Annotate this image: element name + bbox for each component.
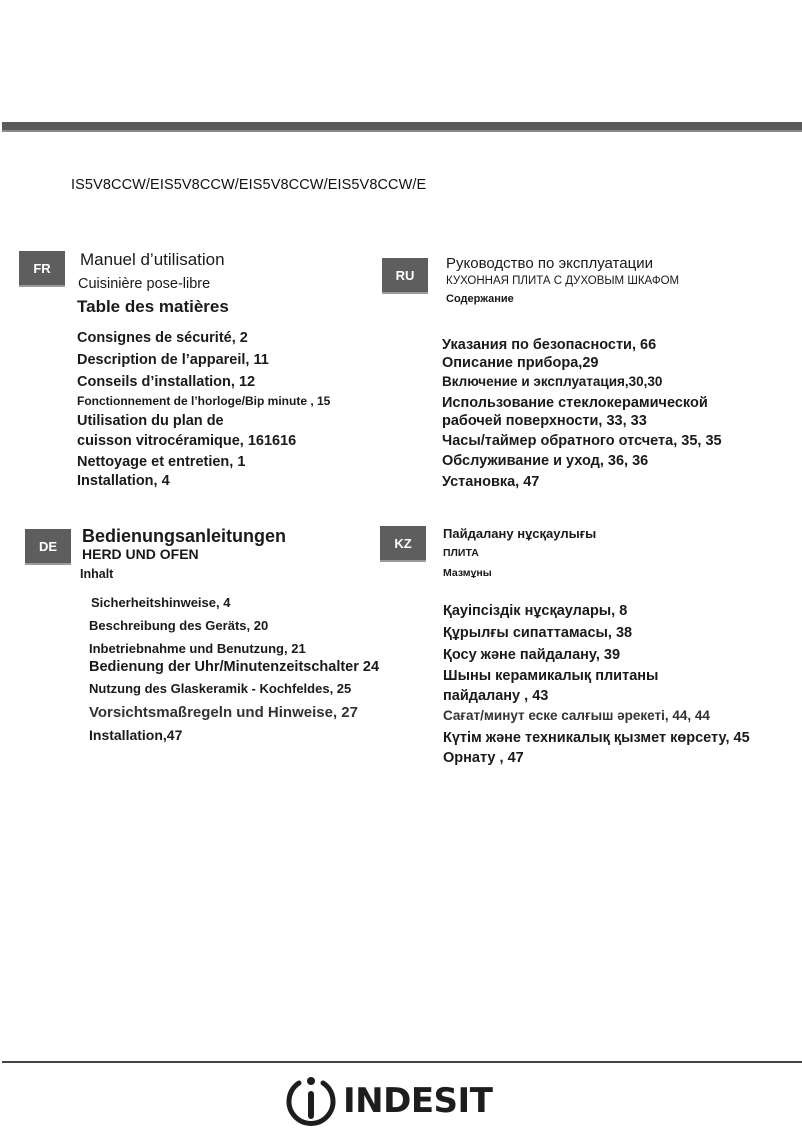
toc-item[interactable]: Күтім және техникалық қызмет көрсету, 45 bbox=[443, 730, 750, 746]
de-title: Bedienungsanleitungen bbox=[82, 526, 286, 547]
toc-item[interactable]: Fonctionnement de l’horloge/Bip minute ,… bbox=[77, 394, 330, 408]
toc-item[interactable]: Inbetriebnahme und Benutzung, 21 bbox=[89, 641, 306, 656]
footer-divider bbox=[2, 1061, 802, 1063]
badge-ru: RU bbox=[382, 258, 428, 294]
toc-item[interactable]: Установка, 47 bbox=[442, 474, 539, 490]
toc-item[interactable]: Құрылғы сипаттамасы, 38 bbox=[443, 625, 632, 641]
toc-item[interactable]: Орнату , 47 bbox=[443, 750, 524, 766]
badge-kz: KZ bbox=[380, 526, 426, 562]
toc-item[interactable]: рабочей поверхности, 33, 33 bbox=[442, 413, 647, 429]
de-toc-heading: Inhalt bbox=[80, 567, 113, 581]
ru-subtitle: КУХОННАЯ ПЛИТА С ДУХОВЫМ ШКАФОМ bbox=[446, 275, 679, 287]
toc-item[interactable]: Description de l’appareil, 11 bbox=[77, 352, 269, 368]
model-numbers: IS5V8CCW/EIS5V8CCW/EIS5V8CCW/EIS5V8CCW/E bbox=[71, 177, 426, 193]
toc-item[interactable]: Часы/таймер обратного отсчета, 35, 35 bbox=[442, 433, 722, 449]
header-bar bbox=[2, 122, 802, 132]
toc-item[interactable]: Описание прибора,29 bbox=[442, 355, 598, 371]
toc-item[interactable]: Bedienung der Uhr/Minutenzeitschalter 24 bbox=[89, 659, 379, 675]
toc-item[interactable]: Installation,47 bbox=[89, 727, 182, 743]
fr-toc-heading: Table des matières bbox=[77, 297, 229, 317]
toc-item[interactable]: Sicherheitshinweise, 4 bbox=[91, 595, 230, 610]
toc-item[interactable]: Vorsichtsmaßregeln und Hinweise, 27 bbox=[89, 704, 358, 721]
ru-title: Руководство по эксплуатации bbox=[446, 255, 653, 272]
toc-item[interactable]: Beschreibung des Geräts, 20 bbox=[89, 618, 268, 633]
indesit-circle-i-logo-icon bbox=[285, 1073, 337, 1129]
toc-item[interactable]: Қосу және пайдалану, 39 bbox=[443, 647, 620, 663]
kz-subtitle: ПЛИТА bbox=[443, 547, 479, 559]
kz-toc-heading: Мазмұны bbox=[443, 567, 492, 579]
brand-logo: INDESIT bbox=[285, 1073, 492, 1129]
toc-item[interactable]: Указания по безопасности, 66 bbox=[442, 337, 656, 353]
toc-item[interactable]: Обслуживание и уход, 36, 36 bbox=[442, 453, 648, 469]
fr-title: Manuel d’utilisation bbox=[80, 250, 225, 270]
toc-item[interactable]: cuisson vitrocéramique, 161616 bbox=[77, 433, 296, 449]
toc-item[interactable]: Consignes de sécurité, 2 bbox=[77, 330, 248, 346]
toc-item[interactable]: Nettoyage et entretien, 1 bbox=[77, 454, 245, 470]
badge-de: DE bbox=[25, 529, 71, 565]
toc-item[interactable]: Utilisation du plan de bbox=[77, 413, 224, 429]
toc-item[interactable]: Сағат/минут еске салғыш әрекеті, 44, 44 bbox=[443, 708, 710, 723]
fr-subtitle: Cuisinière pose-libre bbox=[78, 276, 210, 292]
toc-item[interactable]: Использование стеклокерамической bbox=[442, 395, 708, 411]
toc-item[interactable]: Включение и эксплуатация,30,30 bbox=[442, 374, 662, 389]
toc-item[interactable]: пайдалану , 43 bbox=[443, 688, 548, 704]
toc-item[interactable]: Conseils d’installation, 12 bbox=[77, 374, 255, 390]
de-subtitle: HERD UND OFEN bbox=[82, 546, 199, 562]
brand-name: INDESIT bbox=[343, 1081, 492, 1121]
toc-item[interactable]: Шыны керамикалық плитаны bbox=[443, 668, 658, 684]
ru-toc-heading: Содержание bbox=[446, 293, 514, 305]
kz-title: Пайдалану нұсқаулығы bbox=[443, 526, 596, 541]
toc-item[interactable]: Қауіпсіздік нұсқаулары, 8 bbox=[443, 603, 627, 619]
toc-item[interactable]: Installation, 4 bbox=[77, 473, 170, 489]
badge-fr: FR bbox=[19, 251, 65, 287]
toc-item[interactable]: Nutzung des Glaskeramik - Kochfeldes, 25 bbox=[89, 681, 351, 696]
